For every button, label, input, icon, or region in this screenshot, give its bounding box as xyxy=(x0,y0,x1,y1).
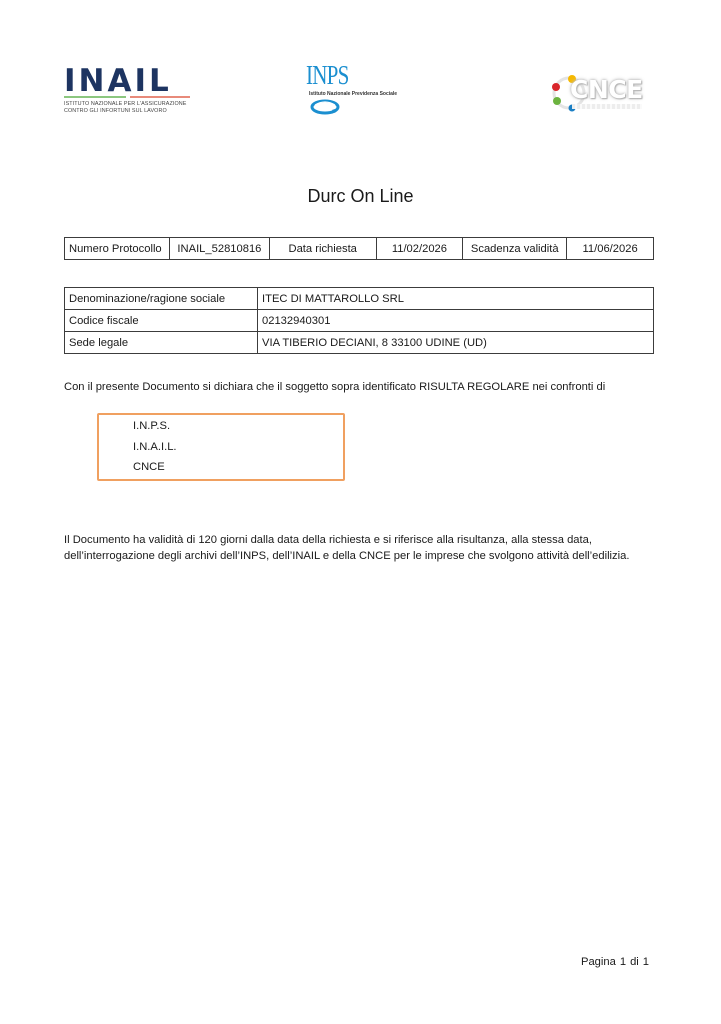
table-row: Sede legale VIA TIBERIO DECIANI, 8 33100… xyxy=(65,332,654,354)
validity-line-2: dell’interrogazione degli archivi dell’I… xyxy=(64,548,664,564)
inps-swirl-icon xyxy=(310,99,340,115)
page-current: 1 xyxy=(620,956,626,968)
table-row: Denominazione/ragione sociale ITEC DI MA… xyxy=(65,288,654,310)
inps-wordmark: INPS xyxy=(306,62,392,88)
inail-rule-green xyxy=(64,96,126,98)
validity-line-1: Il Documento ha validità di 120 giorni d… xyxy=(64,532,664,548)
table-row: Codice fiscale 02132940301 xyxy=(65,310,654,332)
protocol-row: Numero Protocollo INAIL_52810816 Data ri… xyxy=(65,238,654,260)
ragione-sociale-value: ITEC DI MATTAROLLO SRL xyxy=(258,288,654,310)
inail-subtitle-line1: ISTITUTO NAZIONALE PER L'ASSICURAZIONE xyxy=(64,101,186,108)
data-richiesta-value: 11/02/2026 xyxy=(376,238,463,260)
cnce-subtitle xyxy=(572,104,642,109)
inail-rule-red xyxy=(130,96,190,98)
scadenza-validita-label: Scadenza validità xyxy=(463,238,567,260)
inps-logo: INPS Istituto Nazionale Previdenza Socia… xyxy=(306,62,416,122)
data-richiesta-label: Data richiesta xyxy=(269,238,376,260)
inps-subtitle: Istituto Nazionale Previdenza Sociale xyxy=(309,91,397,97)
codice-fiscale-label: Codice fiscale xyxy=(65,310,258,332)
body-inps: I.N.P.S. xyxy=(133,420,170,432)
declaration-text: Con il presente Documento si dichiara ch… xyxy=(64,379,605,395)
scadenza-validita-value: 11/06/2026 xyxy=(567,238,654,260)
page-separator: di xyxy=(630,956,639,968)
protocol-table: Numero Protocollo INAIL_52810816 Data ri… xyxy=(64,237,654,260)
cnce-wordmark: CNCE xyxy=(570,75,643,104)
validity-paragraph: Il Documento ha validità di 120 giorni d… xyxy=(64,532,664,564)
inail-logo: INAIL ISTITUTO NAZIONALE PER L'ASSICURAZ… xyxy=(64,66,194,118)
page-number: Pagina1di1 xyxy=(581,956,649,968)
cnce-logo: CNCE xyxy=(548,70,648,116)
subject-table: Denominazione/ragione sociale ITEC DI MA… xyxy=(64,287,654,354)
regular-bodies-box: I.N.P.S. I.N.A.I.L. CNCE xyxy=(97,413,345,481)
codice-fiscale-value: 02132940301 xyxy=(258,310,654,332)
body-cnce: CNCE xyxy=(133,461,165,473)
sede-legale-label: Sede legale xyxy=(65,332,258,354)
numero-protocollo-label: Numero Protocollo xyxy=(65,238,170,260)
ragione-sociale-label: Denominazione/ragione sociale xyxy=(65,288,258,310)
inail-subtitle-line2: CONTRO GLI INFORTUNI SUL LAVORO xyxy=(64,108,186,115)
numero-protocollo-value: INAIL_52810816 xyxy=(169,238,269,260)
sede-legale-value: VIA TIBERIO DECIANI, 8 33100 UDINE (UD) xyxy=(258,332,654,354)
inail-subtitle: ISTITUTO NAZIONALE PER L'ASSICURAZIONE C… xyxy=(64,101,186,114)
page-label: Pagina xyxy=(581,956,616,968)
page-total: 1 xyxy=(643,956,649,968)
inail-wordmark: INAIL xyxy=(64,66,194,96)
body-inail: I.N.A.I.L. xyxy=(133,441,177,453)
document-title: Durc On Line xyxy=(0,186,721,207)
